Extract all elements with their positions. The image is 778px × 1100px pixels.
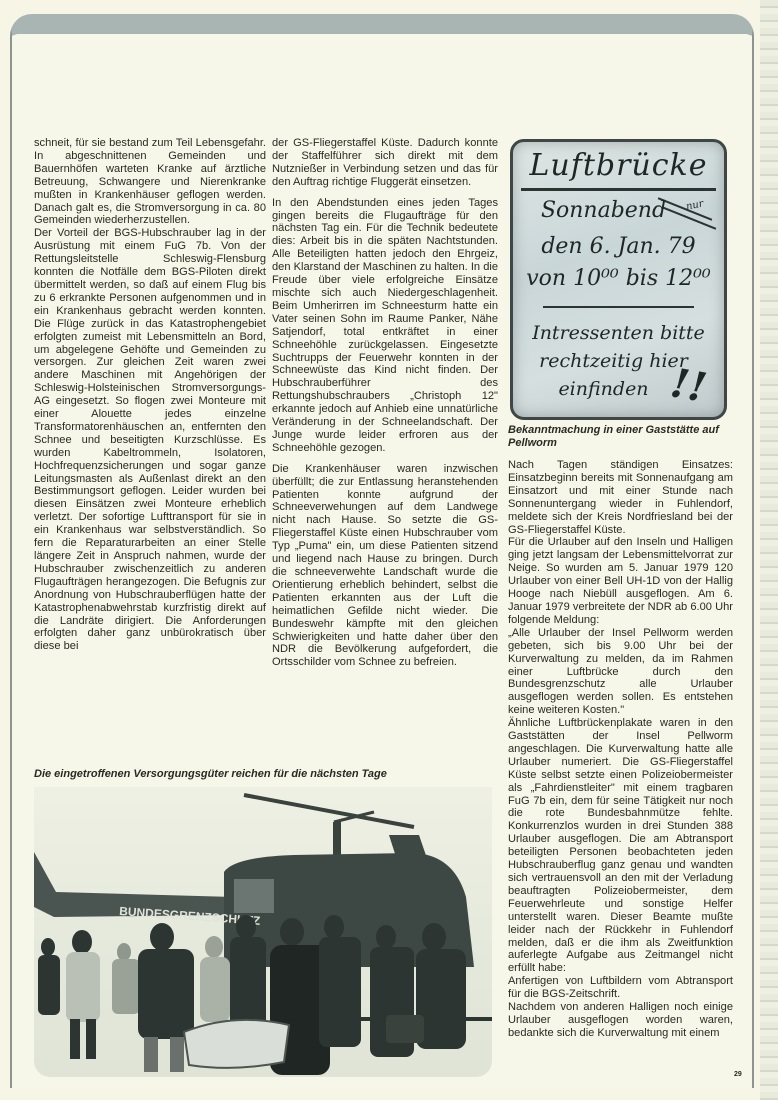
article-column-3: Nach Tagen ständigen Einsatzes: Einsatzb… (508, 459, 733, 1040)
paragraph: Für die Urlauber auf den Inseln und Hall… (508, 536, 733, 626)
paragraph: Der Vorteil der BGS-Hubschrauber lag in … (34, 227, 266, 653)
paragraph: Die Krankenhäuser waren inzwischen überf… (272, 463, 498, 670)
sign-day: Sonnabend (510, 198, 724, 223)
frame-cap (12, 34, 752, 40)
sign-time: von 10⁰⁰ bis 12⁰⁰ (513, 266, 724, 291)
article-column-1: schneit, für sie bestand zum Teil Lebens… (34, 137, 266, 653)
helicopter-photo: BUNDESGRENZSCHUTZ (34, 787, 492, 1077)
sign-exclamation: !! (667, 359, 710, 411)
sign-line-1: Intressenten bitte (513, 322, 724, 344)
luftbruecke-sign-photo: Luftbrücke nur Sonnabend den 6. Jan. 79 … (510, 139, 727, 420)
helicopter-illustration: BUNDESGRENZSCHUTZ (34, 787, 492, 1077)
next-page-edge (760, 0, 778, 1100)
paragraph: der GS-Fliegerstaffel Küste. Dadurch kon… (272, 137, 498, 189)
sign-underline (521, 188, 716, 191)
sign-divider (543, 306, 694, 308)
sign-photo-caption: Bekanntmachung in einer Gaststätte auf P… (508, 424, 736, 450)
article-column-2: der GS-Fliegerstaffel Küste. Dadurch kon… (272, 137, 498, 669)
quote-paragraph: „Alle Urlauber der Insel Pellworm werden… (508, 627, 733, 717)
paragraph: schneit, für sie bestand zum Teil Lebens… (34, 137, 266, 227)
paragraph: Anfertigen von Luftbildern vom Abtranspo… (508, 975, 733, 1001)
sign-title: Luftbrücke (513, 148, 724, 183)
paragraph: Ähnliche Luftbrückenplakate waren in den… (508, 717, 733, 975)
page-number: 29 (734, 1071, 742, 1078)
sign-date: den 6. Jan. 79 (513, 234, 724, 259)
paragraph: Nach Tagen ständigen Einsatzes: Einsatzb… (508, 459, 733, 536)
helicopter-photo-caption: Die eingetroffenen Versorgungsgüter reic… (34, 768, 504, 781)
paragraph: Nachdem von anderen Halligen noch einige… (508, 1001, 733, 1040)
paragraph: In den Abendstunden eines jeden Tages gi… (272, 197, 498, 455)
